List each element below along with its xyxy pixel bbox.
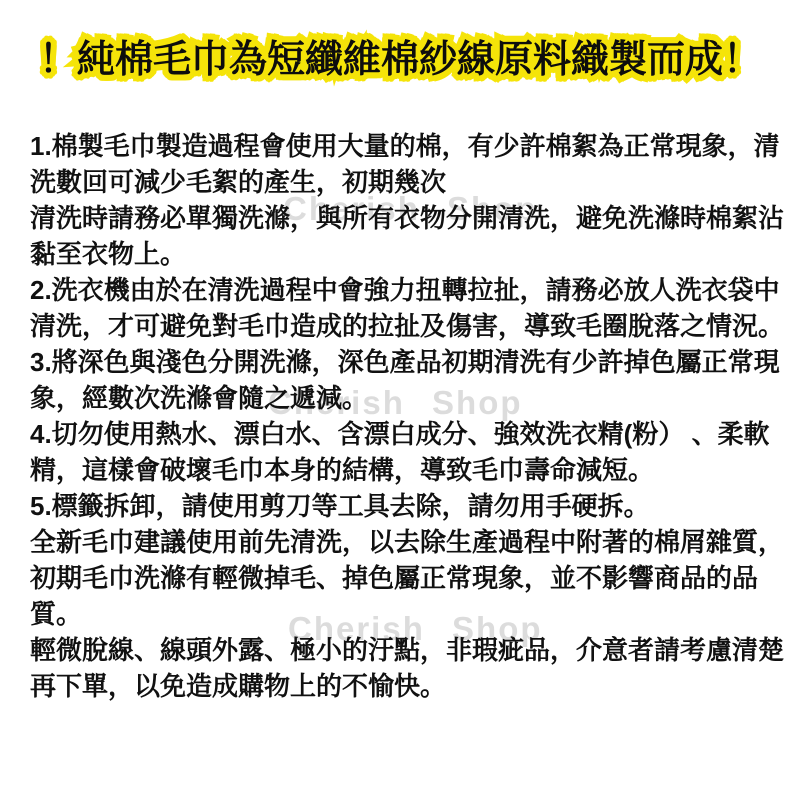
care-instruction-line: 精，這樣會破壞毛巾本身的結構，導致毛巾壽命減短。 [30, 452, 775, 488]
page-title-text: ！純棉毛巾為短纖維棉紗線原料織製而成！ [0, 28, 800, 92]
care-instruction-line: 4.切勿使用熱水、漂白水、含漂白成分、強效洗衣精(粉） 、柔軟 [30, 416, 775, 452]
care-instruction-line: 3.將深色與淺色分開洗滌，深色產品初期清洗有少許掉色屬正常現 [30, 344, 775, 380]
care-instructions-page: ！純棉毛巾為短纖維棉紗線原料織製而成！ ！純棉毛巾為短纖維棉紗線原料織製而成！ … [0, 0, 800, 800]
care-instruction-line: 2.洗衣機由於在清洗過程中會強力扭轉拉扯，請務必放人洗衣袋中 [30, 272, 775, 308]
care-instruction-line: 清洗，才可避免對毛巾造成的拉扯及傷害，導致毛圈脫落之情況。 [30, 308, 775, 344]
care-instruction-line: 洗數回可減少毛絮的產生，初期幾次 [30, 164, 775, 200]
care-instruction-line: 質。 [30, 596, 775, 632]
care-instruction-line: 象，經數次洗滌會隨之遞減。 [30, 380, 775, 416]
care-instruction-line: 清洗時請務必單獨洗滌，與所有衣物分開清洗，避免洗滌時棉絮沾 [30, 200, 775, 236]
care-instruction-line: 黏至衣物上。 [30, 236, 775, 272]
page-title: ！純棉毛巾為短纖維棉紗線原料織製而成！ ！純棉毛巾為短纖維棉紗線原料織製而成！ [0, 28, 800, 92]
care-instruction-line: 全新毛巾建議使用前先清洗，以去除生產過程中附著的棉屑雜質， [30, 524, 775, 560]
care-instruction-line: 5.標籤拆卸，請使用剪刀等工具去除，請勿用手硬拆。 [30, 488, 775, 524]
care-instructions-text: 1.棉製毛巾製造過程會使用大量的棉，有少許棉絮為正常現象，清洗數回可減少毛絮的產… [30, 128, 775, 704]
care-instruction-line: 1.棉製毛巾製造過程會使用大量的棉，有少許棉絮為正常現象，清 [30, 128, 775, 164]
care-instruction-line: 輕微脫線、線頭外露、極小的汙點，非瑕疵品，介意者請考慮清楚 [30, 632, 775, 668]
care-instruction-line: 再下單，以免造成購物上的不愉快。 [30, 668, 775, 704]
care-instruction-line: 初期毛巾洗滌有輕微掉毛、掉色屬正常現象，並不影響商品的品 [30, 560, 775, 596]
